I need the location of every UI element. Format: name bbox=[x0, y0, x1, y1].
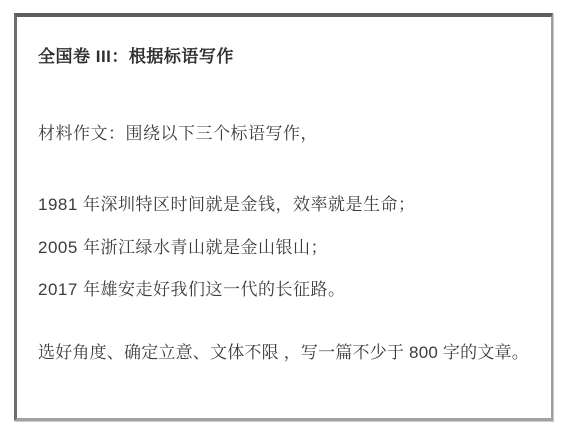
slogan-1981: 1981 年深圳特区时间就是金钱，效率就是生命； bbox=[38, 195, 541, 214]
prompt-intro: 材料作文：围绕以下三个标语写作， bbox=[38, 124, 541, 143]
essay-prompt-card: 全国卷 III：根据标语写作 材料作文：围绕以下三个标语写作， 1981 年深圳… bbox=[14, 13, 553, 421]
slogan-2005: 2005 年浙江绿水青山就是金山银山； bbox=[38, 238, 541, 257]
slogan-2017: 2017 年雄安走好我们这一代的长征路。 bbox=[38, 280, 541, 299]
prompt-instruction: 选好角度、确定立意、文体不限 ，写一篇不少于 800 字的文章。 bbox=[38, 343, 541, 362]
prompt-title: 全国卷 III：根据标语写作 bbox=[38, 47, 541, 66]
card-content: 全国卷 III：根据标语写作 材料作文：围绕以下三个标语写作， 1981 年深圳… bbox=[17, 17, 551, 418]
page-background: 全国卷 III：根据标语写作 材料作文：围绕以下三个标语写作， 1981 年深圳… bbox=[0, 0, 567, 435]
